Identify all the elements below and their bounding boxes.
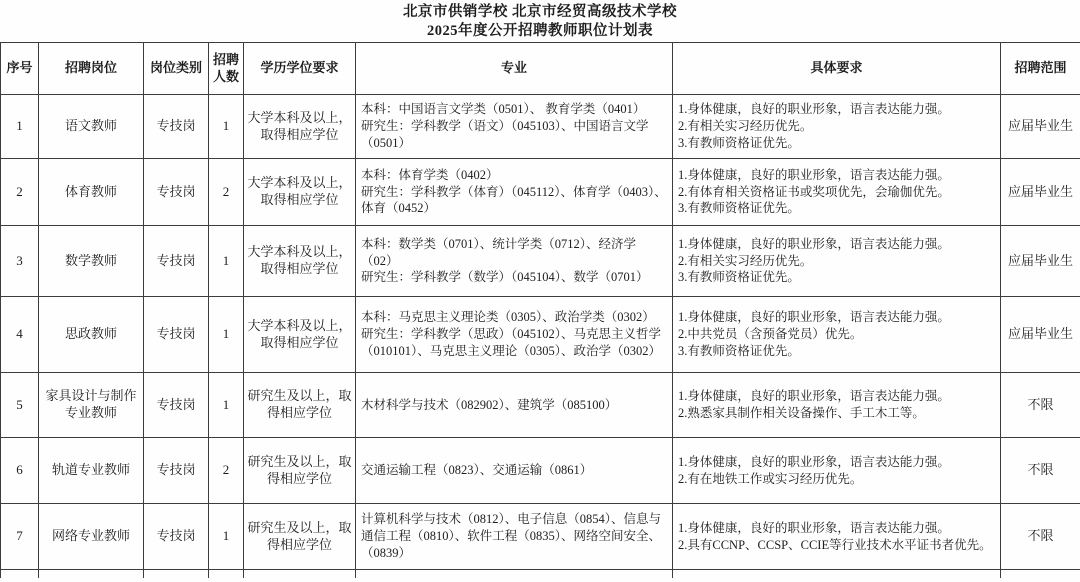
cell-requirements: 1.身体健康，良好的职业形象，语言表达能力强。 2.有体育相关资格证书或奖项优先… xyxy=(673,159,1001,226)
cell-count: 2 xyxy=(209,159,244,226)
recruitment-plan-table: 序号 招聘岗位 岗位类别 招聘人数 学历学位要求 专业 具体要求 招聘范围 1 … xyxy=(0,42,1080,578)
cell-major: 本科：体育学类（0402） 研究生：学科教学（体育）（045112）、体育学（0… xyxy=(356,159,673,226)
table-row: 1 语文教师 专技岗 1 大学本科及以上，取得相应学位 本科：中国语言文学类（0… xyxy=(1,95,1080,159)
cell-position: 轨道专业教师 xyxy=(39,438,144,504)
cell-education: 研究生及以上，取得相应学位 xyxy=(244,373,356,438)
header-education: 学历学位要求 xyxy=(244,43,356,95)
table-row: 2 体育教师 专技岗 2 大学本科及以上，取得相应学位 本科：体育学类（0402… xyxy=(1,159,1080,226)
cell-scope: 不限 xyxy=(1001,373,1080,438)
cell-education: 大学本科及以上，取得相应学位 xyxy=(244,297,356,373)
cell-education: 大学本科及以上，取得相应学位 xyxy=(244,226,356,297)
cell-position: 语文教师 xyxy=(39,95,144,159)
header-requirements: 具体要求 xyxy=(673,43,1001,95)
cell-no: 4 xyxy=(1,297,39,373)
cell-position: 网络专业教师 xyxy=(39,504,144,570)
cell-no: 5 xyxy=(1,373,39,438)
cell-no: 1 xyxy=(1,95,39,159)
cell-scope: 应届毕业生 xyxy=(1001,226,1080,297)
cell-category: 专技岗 xyxy=(144,297,209,373)
cell-category: 专技岗 xyxy=(144,438,209,504)
cell-education: 大学本科及以上，取得相应学位 xyxy=(244,95,356,159)
cell-scope: 不限 xyxy=(1001,438,1080,504)
document-title: 北京市供销学校 北京市经贸高级技术学校 2025年度公开招聘教师职位计划表 xyxy=(0,0,1080,42)
table-header-row: 序号 招聘岗位 岗位类别 招聘人数 学历学位要求 专业 具体要求 招聘范围 xyxy=(1,43,1080,95)
cell-count: 1 xyxy=(209,226,244,297)
cell-category: 专技岗 xyxy=(144,504,209,570)
cell-category: 专技岗 xyxy=(144,95,209,159)
cell-position: 体育教师 xyxy=(39,159,144,226)
cell-no: 6 xyxy=(1,438,39,504)
table-row-partial xyxy=(1,570,1080,578)
cell-major: 木材科学与技术（082902）、建筑学（085100） xyxy=(356,373,673,438)
cell-major: 本科：中国语言文学类（0501）、 教育学类（0401） 研究生：学科教学（语文… xyxy=(356,95,673,159)
header-position: 招聘岗位 xyxy=(39,43,144,95)
cell-count: 1 xyxy=(209,373,244,438)
cell-position: 家具设计与制作专业教师 xyxy=(39,373,144,438)
cell-scope: 应届毕业生 xyxy=(1001,95,1080,159)
cell-position: 数学教师 xyxy=(39,226,144,297)
cell-requirements: 1.身体健康，良好的职业形象，语言表达能力强。 2.有相关实习经历优先。 3.有… xyxy=(673,95,1001,159)
cell-requirements: 1.身体健康，良好的职业形象，语言表达能力强。 2.熟悉家具制作相关设备操作、手… xyxy=(673,373,1001,438)
cell-count: 2 xyxy=(209,438,244,504)
cell-category: 专技岗 xyxy=(144,373,209,438)
document-page: 北京市供销学校 北京市经贸高级技术学校 2025年度公开招聘教师职位计划表 序号… xyxy=(0,0,1080,582)
cell-requirements: 1.身体健康，良好的职业形象，语言表达能力强。 2.具有CCNP、CCSP、CC… xyxy=(673,504,1001,570)
table-row: 3 数学教师 专技岗 1 大学本科及以上，取得相应学位 本科：数学类（0701）… xyxy=(1,226,1080,297)
table-row: 4 思政教师 专技岗 1 大学本科及以上，取得相应学位 本科：马克思主义理论类（… xyxy=(1,297,1080,373)
cell-requirements: 1.身体健康，良好的职业形象，语言表达能力强。 2.中共党员（含预备党员）优先。… xyxy=(673,297,1001,373)
cell-no: 2 xyxy=(1,159,39,226)
header-scope: 招聘范围 xyxy=(1001,43,1080,95)
cell-major: 交通运输工程（0823）、交通运输（0861） xyxy=(356,438,673,504)
table-row: 7 网络专业教师 专技岗 1 研究生及以上，取得相应学位 计算机科学与技术（08… xyxy=(1,504,1080,570)
title-line-2: 2025年度公开招聘教师职位计划表 xyxy=(0,22,1080,41)
cell-education: 大学本科及以上，取得相应学位 xyxy=(244,159,356,226)
cell-count: 1 xyxy=(209,297,244,373)
header-category: 岗位类别 xyxy=(144,43,209,95)
cell-count: 1 xyxy=(209,504,244,570)
cell-no: 3 xyxy=(1,226,39,297)
cell-requirements: 1.身体健康，良好的职业形象，语言表达能力强。 2.有在地铁工作或实习经历优先。 xyxy=(673,438,1001,504)
cell-requirements: 1.身体健康，良好的职业形象，语言表达能力强。 2.有相关实习经历优先。 3.有… xyxy=(673,226,1001,297)
cell-category: 专技岗 xyxy=(144,226,209,297)
cell-scope: 不限 xyxy=(1001,504,1080,570)
cell-position: 思政教师 xyxy=(39,297,144,373)
cell-major: 本科：马克思主义理论类（0305）、政治学类（0302） 研究生：学科教学（思政… xyxy=(356,297,673,373)
cell-count: 1 xyxy=(209,95,244,159)
cell-no: 7 xyxy=(1,504,39,570)
cell-category: 专技岗 xyxy=(144,159,209,226)
header-count: 招聘人数 xyxy=(209,43,244,95)
table-row: 6 轨道专业教师 专技岗 2 研究生及以上，取得相应学位 交通运输工程（0823… xyxy=(1,438,1080,504)
cell-education: 研究生及以上，取得相应学位 xyxy=(244,438,356,504)
cell-major: 本科：数学类（0701）、统计学类（0712）、经济学（02） 研究生：学科教学… xyxy=(356,226,673,297)
title-line-1: 北京市供销学校 北京市经贸高级技术学校 xyxy=(0,3,1080,22)
cell-scope: 应届毕业生 xyxy=(1001,297,1080,373)
header-major: 专业 xyxy=(356,43,673,95)
cell-education: 研究生及以上，取得相应学位 xyxy=(244,504,356,570)
header-no: 序号 xyxy=(1,43,39,95)
table-row: 5 家具设计与制作专业教师 专技岗 1 研究生及以上，取得相应学位 木材科学与技… xyxy=(1,373,1080,438)
cell-scope: 应届毕业生 xyxy=(1001,159,1080,226)
cell-major: 计算机科学与技术（0812）、电子信息（0854）、信息与通信工程（0810）、… xyxy=(356,504,673,570)
